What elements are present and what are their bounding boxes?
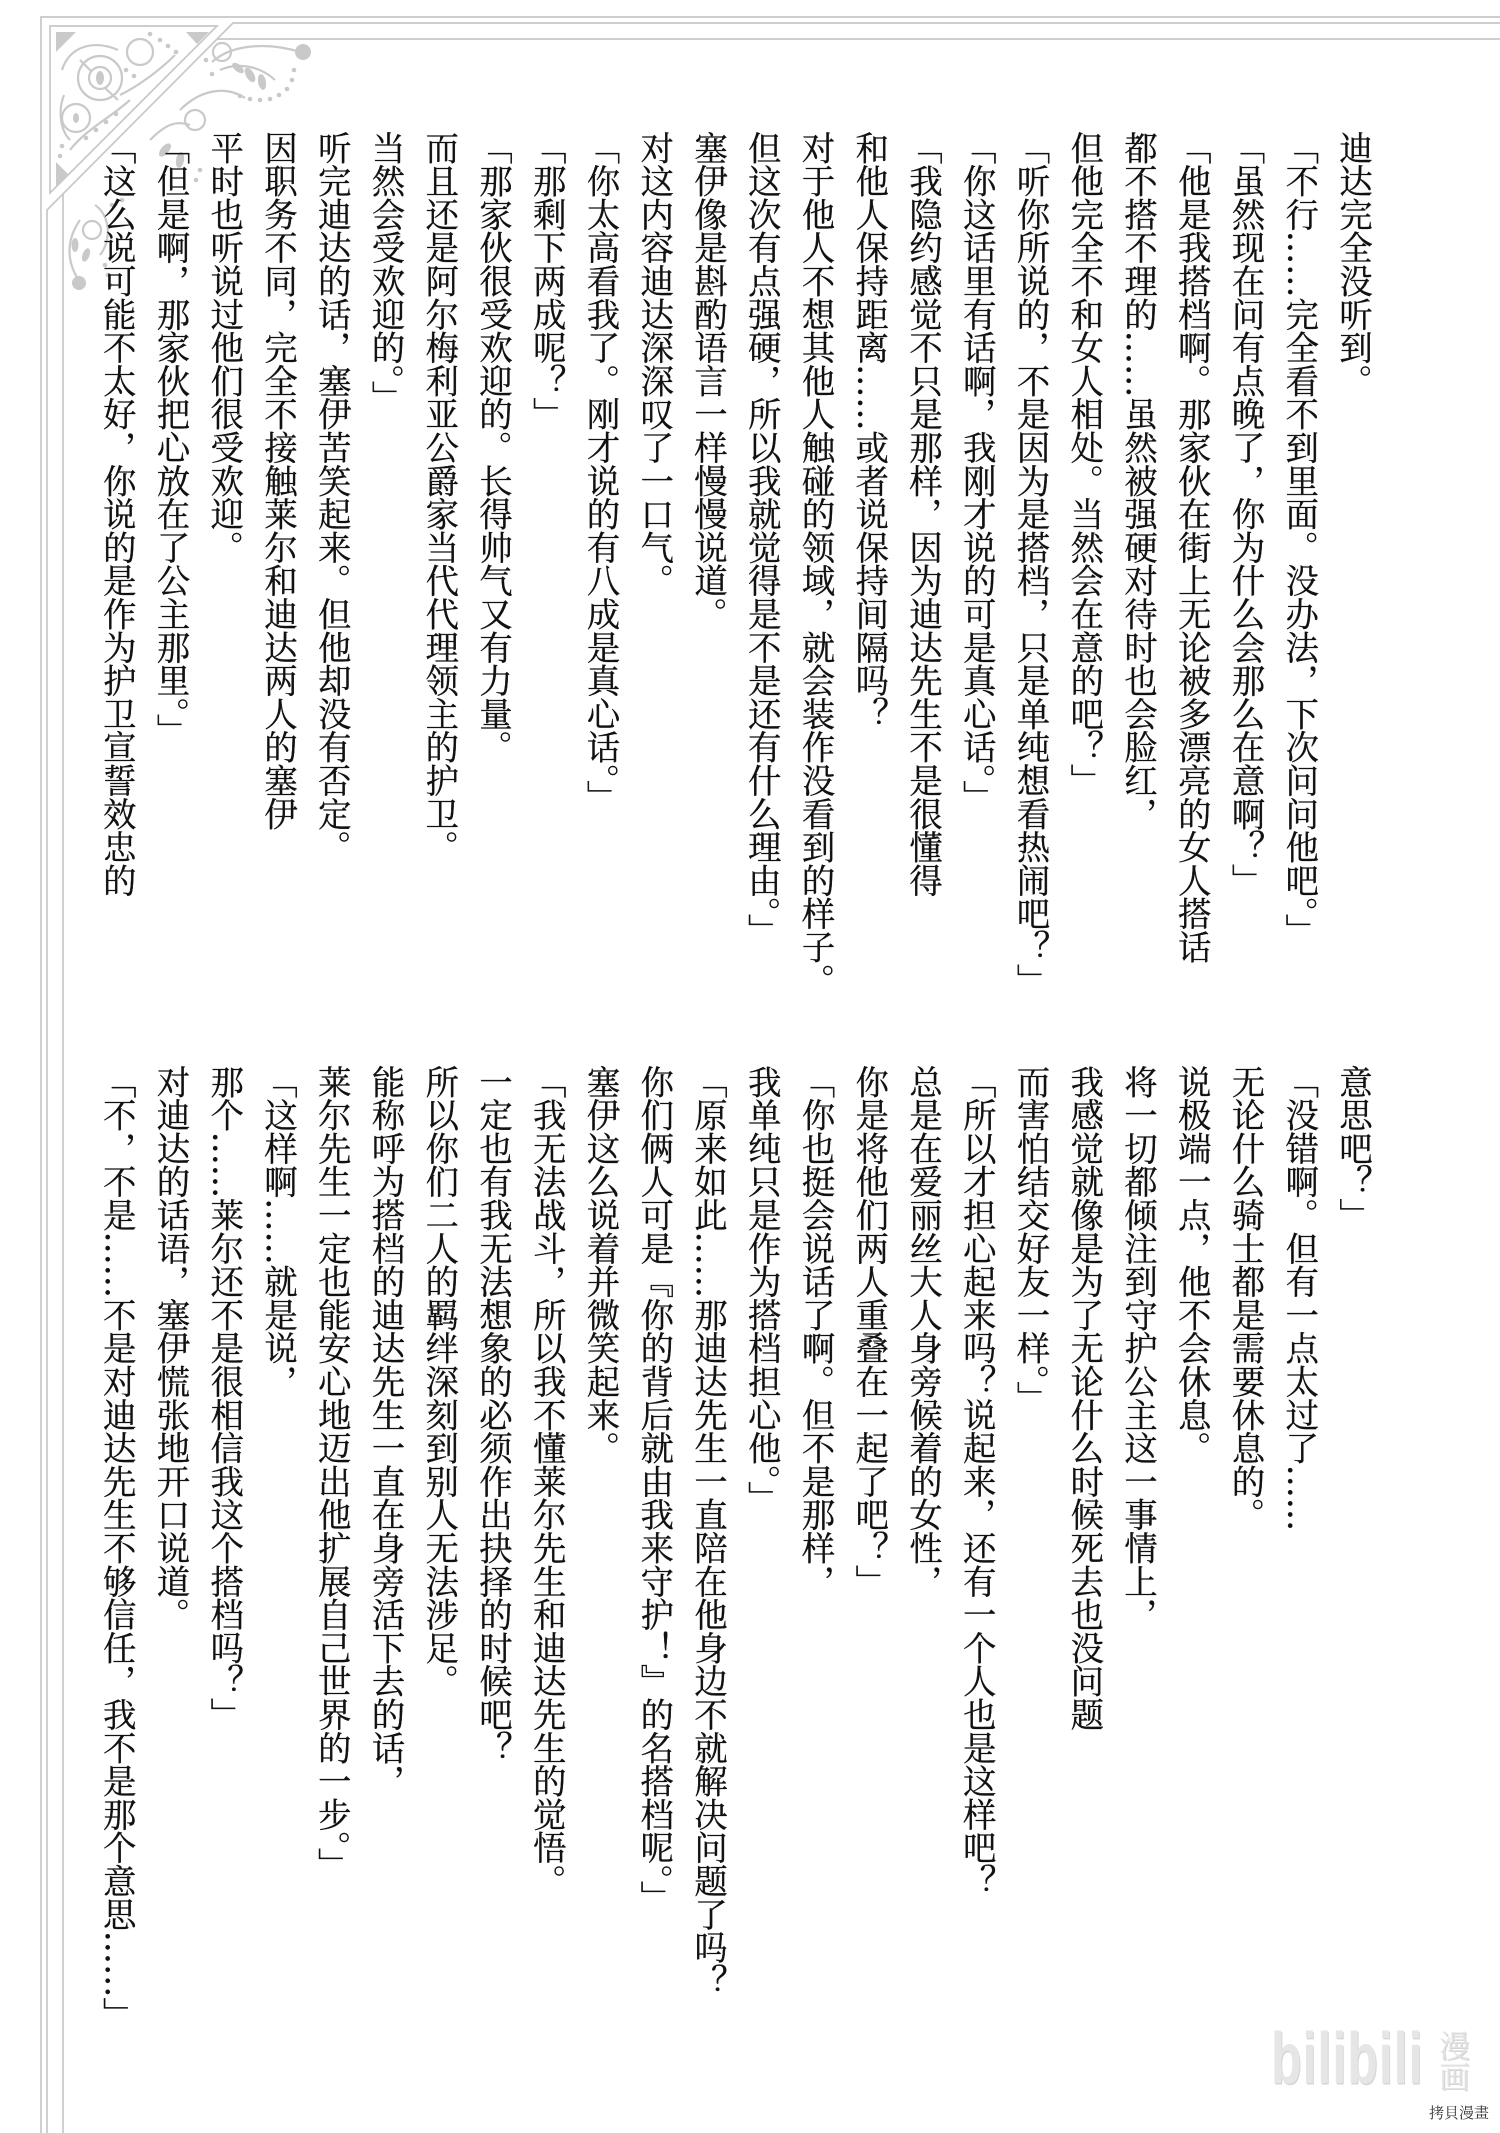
text-column: 「但是啊，那家伙把心放在了公主那里。」: [144, 131, 198, 1041]
text-column: 你们俩人可是『你的背后就由我来守护！』的名搭档呢。」: [628, 1065, 682, 2075]
manga-label: 漫画: [1434, 2030, 1468, 2092]
text-column: 意思吧？」: [1326, 1065, 1380, 2075]
text-column: 「你太高看我了。刚才说的有八成是真心话。」: [574, 131, 628, 1041]
text-column: 我单纯只是作为搭档担心他。」: [735, 1065, 789, 2075]
text-column: 莱尔先生一定也能安心地迈出他扩展自己世界的一步。」: [305, 1065, 359, 2075]
text-column: 「你这话里有话啊，我刚才说的可是真心话。」: [950, 131, 1004, 1041]
text-column: 「不，不是……不是对迪达先生不够信任，我不是那个意思……」: [90, 1065, 144, 2075]
text-column: 总是在爱丽丝大人身旁候着的女性，: [896, 1065, 950, 2075]
text-column: 「我无法战斗，所以我不懂莱尔先生和迪达先生的觉悟。: [520, 1065, 574, 2075]
text-column: 那个……莱尔还不是很相信我这个搭档吗？」: [198, 1065, 252, 2075]
novel-page: 迪达完全没听到。 「不行……完全看不到里面。没办法，下次问问他吧。」 「虽然现在…: [0, 0, 1500, 2133]
text-column: 「那家伙很受欢迎的。长得帅气又有力量。: [466, 131, 520, 1041]
text-column: 对于他人不想其他人触碰的领域，就会装作没看到的样子。: [789, 131, 843, 1041]
text-column: 塞伊这么说着并微笑起来。: [574, 1065, 628, 2075]
text-column: 对迪达的话语，塞伊慌张地开口说道。: [144, 1065, 198, 2075]
text-column: 当然会受欢迎的。」: [359, 131, 413, 1041]
text-column: 「没错啊。但有一点太过了……: [1273, 1065, 1327, 2075]
text-column: 「不行……完全看不到里面。没办法，下次问问他吧。」: [1273, 131, 1327, 1041]
text-column: 「原来如此……那迪达先生一直陪在他身边不就解决问题了吗？: [681, 1065, 735, 2075]
text-block-upper: 迪达完全没听到。 「不行……完全看不到里面。没办法，下次问问他吧。」 「虽然现在…: [90, 131, 1380, 1041]
text-column: 「听你所说的，不是因为是搭档，只是单纯想看热闹吧？」: [1004, 131, 1058, 1041]
text-column: 无论什么骑士都是需要休息的。: [1219, 1065, 1273, 2075]
text-column: 「你也挺会说话了啊。但不是那样，: [789, 1065, 843, 2075]
text-column: 塞伊像是斟酌语言一样慢慢说道。: [681, 131, 735, 1041]
text-column: 但他完全不和女人相处。当然会在意的吧？」: [1058, 131, 1112, 1041]
text-column: 我感觉就像是为了无论什么时候死去也没问题: [1058, 1065, 1112, 2075]
text-column: 都不搭不理的……虽然被强硬对待时也会脸红，: [1111, 131, 1165, 1041]
text-column: 所以你们二人的羁绊深刻到别人无法涉足。: [413, 1065, 467, 2075]
text-column: 因职务不同，完全不接触莱尔和迪达两人的塞伊: [251, 131, 305, 1041]
text-column: 和他人保持距离……或者说保持间隔吗？: [843, 131, 897, 1041]
text-column: 而且还是阿尔梅利亚公爵家当代代理领主的护卫。: [413, 131, 467, 1041]
source-label: 拷貝漫畫: [1429, 2104, 1489, 2122]
text-column: 平时也听说过他们很受欢迎。: [198, 131, 252, 1041]
text-column: 对这内容迪达深深叹了一口气。: [628, 131, 682, 1041]
text-column: 「他是我搭档啊。那家伙在街上无论被多漂亮的女人搭话: [1165, 131, 1219, 1041]
text-column: 「所以才担心起来吗？说起来，还有一个人也是这样吧？: [950, 1065, 1004, 2075]
text-column: 将一切都倾注到守护公主这一事情上，: [1111, 1065, 1165, 2075]
text-column: 说极端一点，他不会休息。: [1165, 1065, 1219, 2075]
text-column: 能称呼为搭档的迪达先生一直在身旁活下去的话，: [359, 1065, 413, 2075]
text-column: 你是将他们两人重叠在一起了吧？」: [843, 1065, 897, 2075]
text-column: 迪达完全没听到。: [1326, 131, 1380, 1041]
text-column: 「那剩下两成呢？」: [520, 131, 574, 1041]
text-column: 听完迪达的话，塞伊苦笑起来。但他却没有否定。: [305, 131, 359, 1041]
text-block-lower: 意思吧？」 「没错啊。但有一点太过了…… 无论什么骑士都是需要休息的。 说极端一…: [90, 1065, 1380, 2075]
text-column: 「我隐约感觉不只是那样，因为迪达先生不是很懂得: [896, 131, 950, 1041]
text-column: 「虽然现在问有点晚了，你为什么会那么在意啊？」: [1219, 131, 1273, 1041]
text-column: 但这次有点强硬，所以我就觉得是不是还有什么理由。」: [735, 131, 789, 1041]
bilibili-logo: bilibili: [1271, 2022, 1423, 2095]
text-column: 「这么说可能不太好，你说的是作为护卫宣誓效忠的: [90, 131, 144, 1041]
text-column: 而害怕结交好友一样。」: [1004, 1065, 1058, 2075]
text-column: 「这样啊……就是说，: [251, 1065, 305, 2075]
text-column: 一定也有我无法想象的必须作出抉择的时候吧？: [466, 1065, 520, 2075]
